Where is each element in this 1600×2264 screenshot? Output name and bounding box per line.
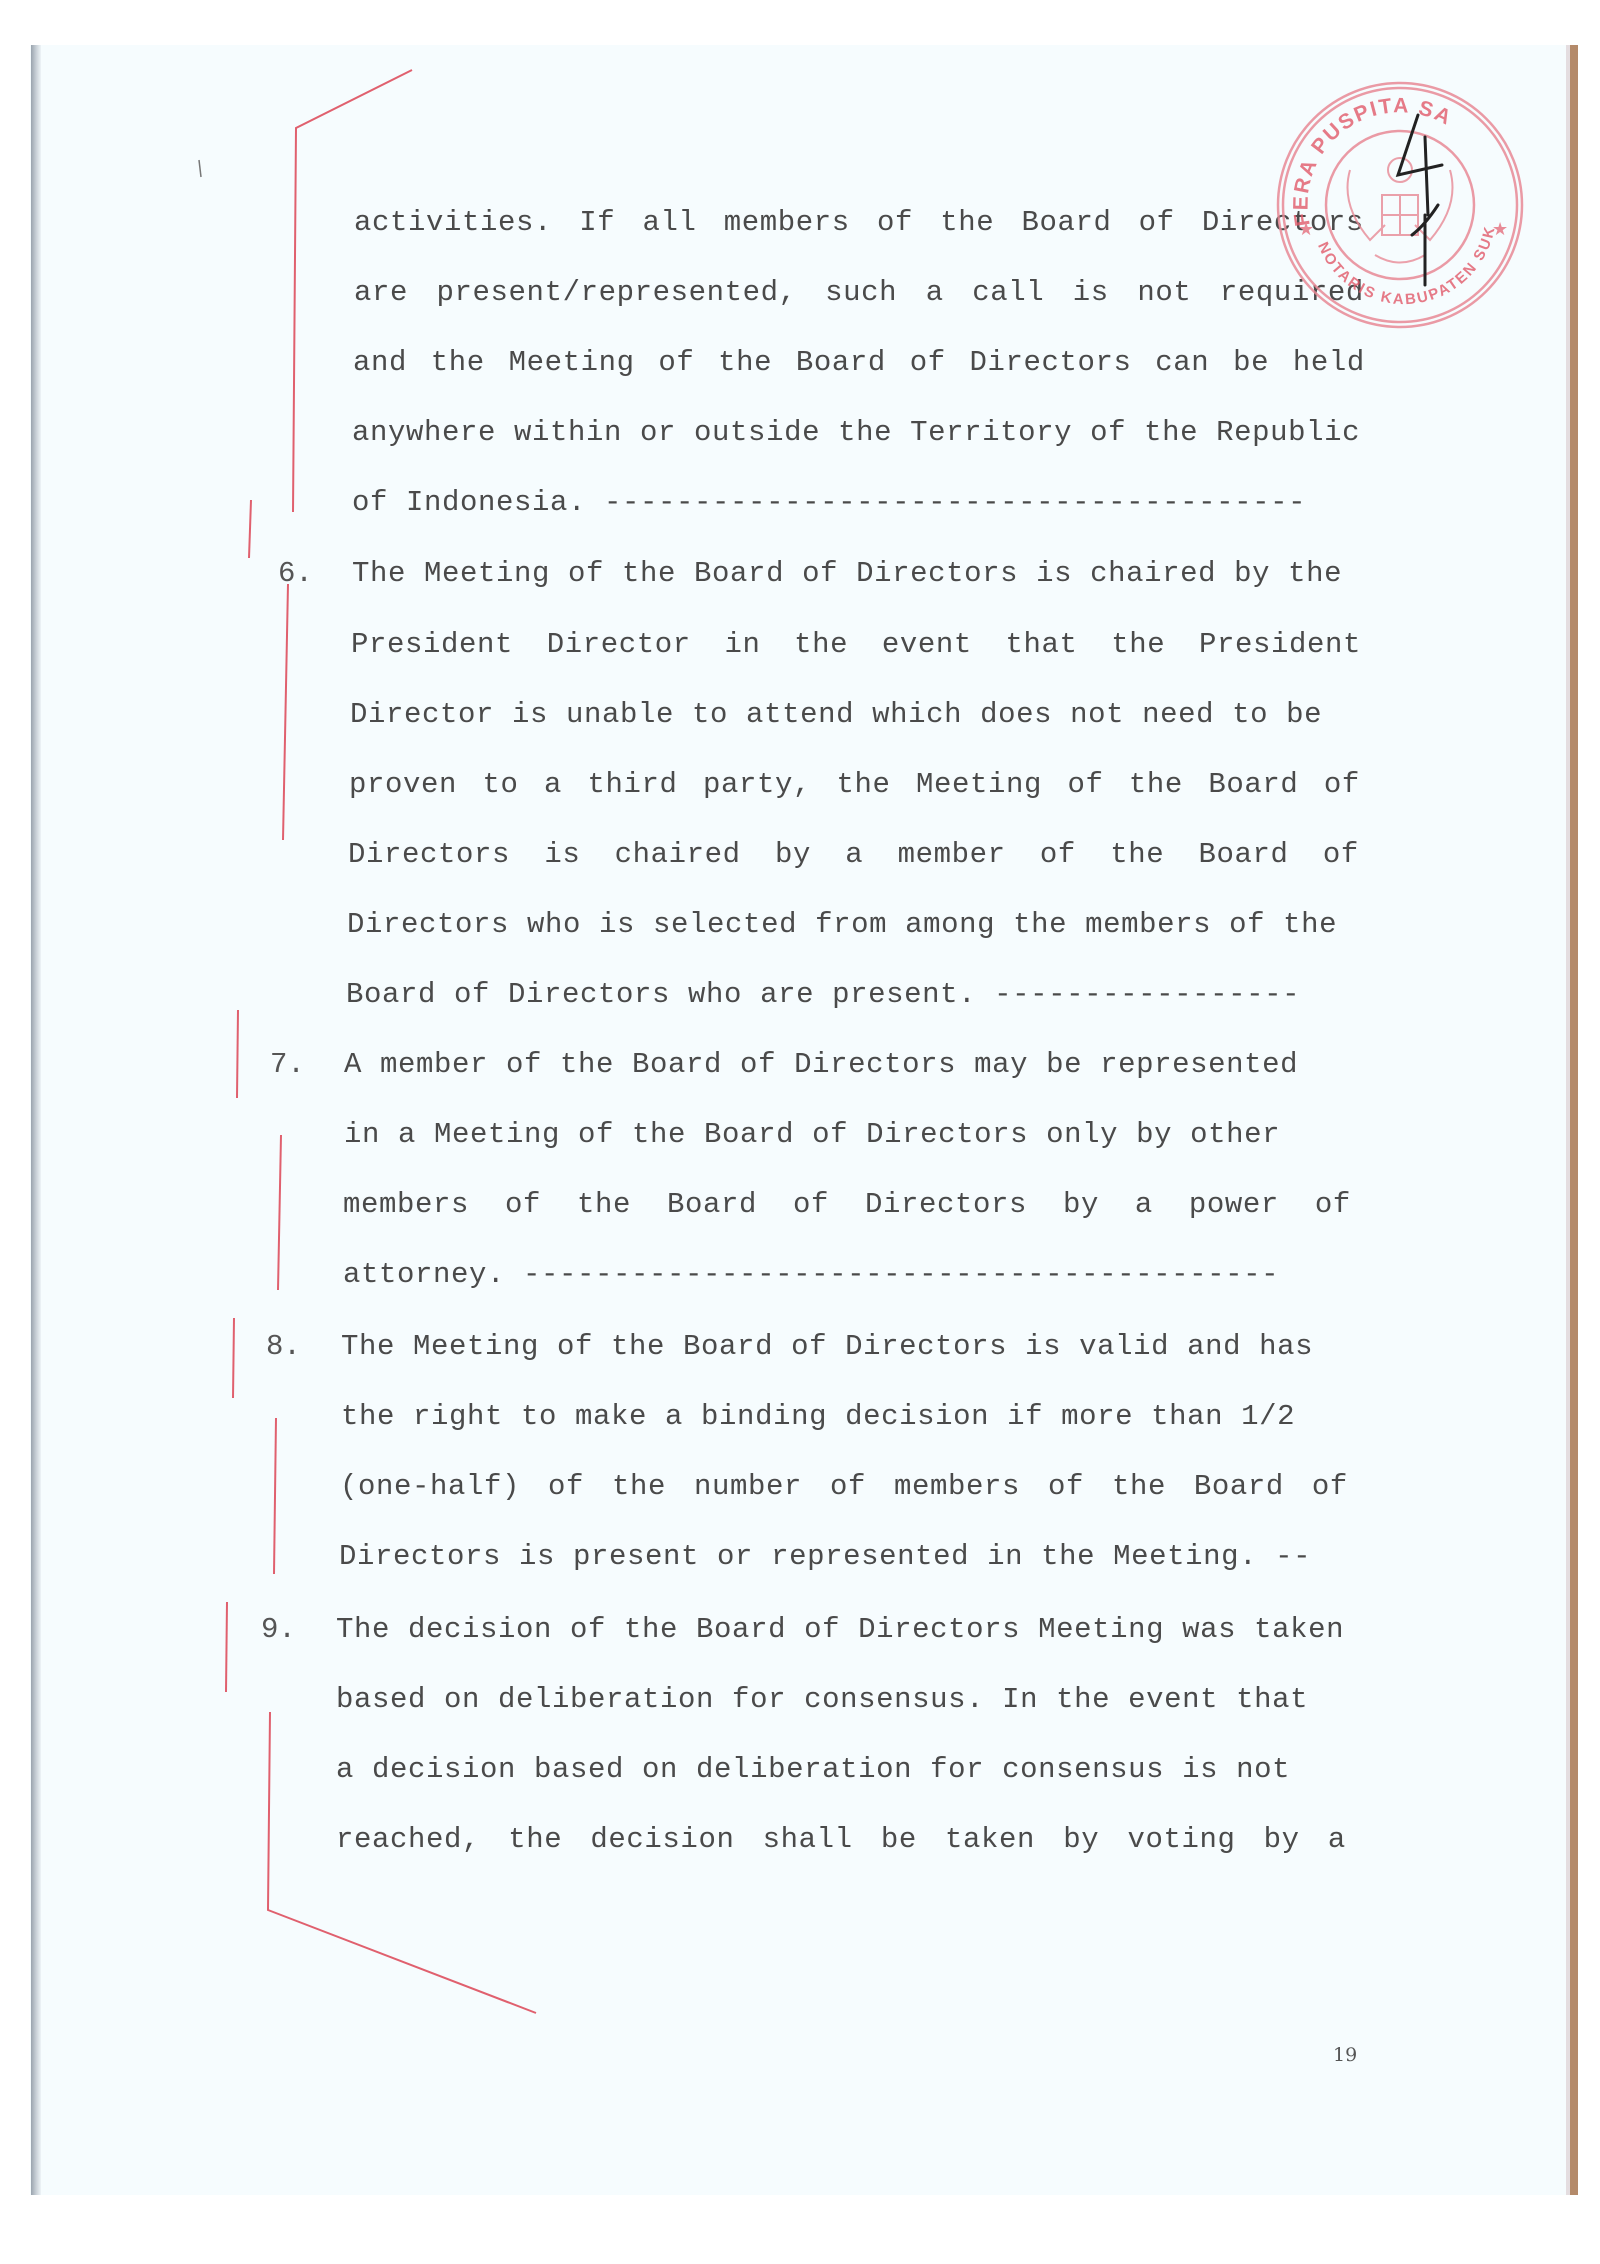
- word: reached,: [336, 1823, 480, 1856]
- text-line: Board of Directors who are present. ----…: [346, 978, 1300, 1011]
- word: Board: [1194, 1470, 1284, 1503]
- word: the: [794, 628, 848, 661]
- word: of: [1324, 768, 1360, 801]
- word: held: [1293, 346, 1365, 379]
- word: of: [658, 346, 694, 379]
- svg-text:FERA PUSPITA SA: FERA PUSPITA SA: [1290, 94, 1457, 228]
- text-line: the right to make a binding decision if …: [341, 1400, 1295, 1433]
- word: number: [694, 1470, 802, 1503]
- word: members: [724, 206, 850, 239]
- item-number: 7.: [270, 1048, 305, 1081]
- word: voting: [1127, 1823, 1235, 1856]
- word: Board: [1021, 206, 1111, 239]
- word: (one-half): [340, 1470, 520, 1503]
- word: a: [544, 768, 562, 801]
- word: are: [354, 276, 408, 309]
- word: Director: [547, 628, 691, 661]
- text-line: The decision of the Board of Directors M…: [336, 1613, 1344, 1646]
- word: the: [1110, 838, 1164, 871]
- word: a: [1135, 1188, 1153, 1221]
- word: a: [1328, 1823, 1346, 1856]
- text-line: A member of the Board of Directors may b…: [344, 1048, 1298, 1081]
- word: decision: [590, 1823, 734, 1856]
- notary-stamp: FERA PUSPITA SA NOTARIS KABUPATEN SUKABU…: [1270, 75, 1530, 335]
- star-icon: ★: [1298, 219, 1314, 239]
- word: proven: [349, 768, 457, 801]
- word: of: [548, 1470, 584, 1503]
- word: Meeting: [509, 346, 635, 379]
- page-number: 19: [1333, 2044, 1357, 2066]
- word: all: [642, 206, 696, 239]
- word: the: [577, 1188, 631, 1221]
- word: of: [505, 1188, 541, 1221]
- word: the: [508, 1823, 562, 1856]
- word: taken: [945, 1823, 1035, 1856]
- word: activities.: [354, 206, 552, 239]
- word: Meeting: [916, 768, 1042, 801]
- word: a: [926, 276, 944, 309]
- word: the: [940, 206, 994, 239]
- text-line: PresidentDirectorintheeventthatthePresid…: [351, 628, 1361, 661]
- word: the: [1112, 1470, 1166, 1503]
- text-line: (one-half)ofthenumberofmembersoftheBoard…: [340, 1470, 1348, 1503]
- word: Directors: [865, 1188, 1027, 1221]
- word: of: [1312, 1470, 1348, 1503]
- word: by: [1264, 1823, 1300, 1856]
- word: the: [1111, 628, 1165, 661]
- word: in: [724, 628, 760, 661]
- text-line: Directors who is selected from among the…: [347, 908, 1337, 941]
- text-line: based on deliberation for consensus. In …: [336, 1683, 1308, 1716]
- stamp-top-text: FERA PUSPITA SA: [1290, 94, 1457, 228]
- text-line: The Meeting of the Board of Directors is…: [352, 557, 1342, 590]
- word: chaired: [615, 838, 741, 871]
- word: present/represented,: [437, 276, 797, 309]
- text-line: attorney. ------------------------------…: [343, 1258, 1279, 1291]
- word: of: [1139, 206, 1175, 239]
- text-line: proventoathirdparty,theMeetingoftheBoard…: [349, 768, 1360, 801]
- word: the: [612, 1470, 666, 1503]
- word: of: [1315, 1188, 1351, 1221]
- word: shall: [763, 1823, 853, 1856]
- word: of: [877, 206, 913, 239]
- text-line: andtheMeetingoftheBoardofDirectorscanbeh…: [353, 346, 1365, 379]
- word: Directors: [969, 346, 1131, 379]
- word: can: [1155, 346, 1209, 379]
- text-line: a decision based on deliberation for con…: [336, 1753, 1290, 1786]
- word: by: [775, 838, 811, 871]
- text-line: DirectorsischairedbyamemberoftheBoardof: [348, 838, 1359, 871]
- word: of: [1040, 838, 1076, 871]
- word: of: [1067, 768, 1103, 801]
- word: that: [1006, 628, 1078, 661]
- word: a: [845, 838, 863, 871]
- text-line: activities.IfallmembersoftheBoardofDirec…: [354, 206, 1364, 239]
- word: such: [825, 276, 897, 309]
- text-line: Directors is present or represented in t…: [339, 1540, 1311, 1573]
- word: of: [910, 346, 946, 379]
- word: Board: [796, 346, 886, 379]
- word: of: [1323, 838, 1359, 871]
- star-icon: ★: [1492, 219, 1508, 239]
- text-line: arepresent/represented,suchacallisnotreq…: [354, 276, 1364, 309]
- word: not: [1137, 276, 1191, 309]
- word: of: [830, 1470, 866, 1503]
- word: is: [544, 838, 580, 871]
- word: is: [1073, 276, 1109, 309]
- text-line: anywhere within or outside the Territory…: [352, 416, 1360, 449]
- word: by: [1063, 1188, 1099, 1221]
- text-line: of Indonesia. --------------------------…: [352, 486, 1306, 519]
- word: members: [343, 1188, 469, 1221]
- item-number: 9.: [261, 1613, 296, 1646]
- word: third: [587, 768, 677, 801]
- word: party,: [703, 768, 811, 801]
- word: the: [718, 346, 772, 379]
- item-number: 8.: [266, 1330, 301, 1363]
- word: call: [972, 276, 1044, 309]
- word: of: [793, 1188, 829, 1221]
- word: If: [579, 206, 615, 239]
- word: members: [894, 1470, 1020, 1503]
- word: President: [351, 628, 513, 661]
- text-line: membersoftheBoardofDirectorsbyapowerof: [343, 1188, 1351, 1221]
- word: of: [1048, 1470, 1084, 1503]
- word: Board: [1199, 838, 1289, 871]
- word: Board: [1208, 768, 1298, 801]
- word: Board: [667, 1188, 757, 1221]
- word: the: [836, 768, 890, 801]
- item-number: 6.: [278, 557, 313, 590]
- word: be: [881, 1823, 917, 1856]
- word: Directors: [348, 838, 510, 871]
- word: by: [1063, 1823, 1099, 1856]
- word: the: [1129, 768, 1183, 801]
- text-line: Director is unable to attend which does …: [350, 698, 1322, 731]
- word: and: [353, 346, 407, 379]
- word: member: [898, 838, 1006, 871]
- word: be: [1233, 346, 1269, 379]
- word: event: [882, 628, 972, 661]
- text-line: The Meeting of the Board of Directors is…: [341, 1330, 1313, 1363]
- word: power: [1189, 1188, 1279, 1221]
- word: the: [431, 346, 485, 379]
- word: to: [483, 768, 519, 801]
- text-line: reached,thedecisionshallbetakenbyvotingb…: [336, 1823, 1346, 1856]
- word: President: [1199, 628, 1361, 661]
- text-line: in a Meeting of the Board of Directors o…: [344, 1118, 1280, 1151]
